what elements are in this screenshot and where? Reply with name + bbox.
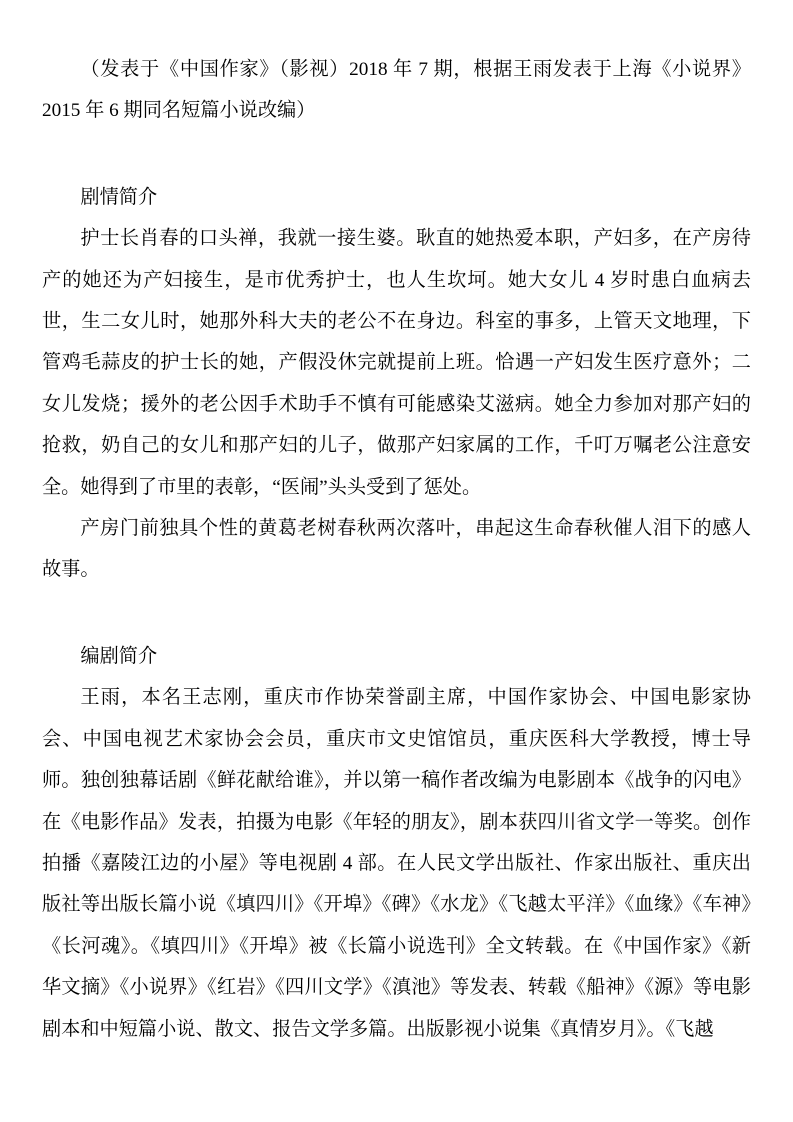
document-page: （发表于《中国作家》（影视）2018 年 7 期，根据王雨发表于上海《小说界》2…: [0, 0, 793, 1122]
publication-note: （发表于《中国作家》（影视）2018 年 7 期，根据王雨发表于上海《小说界》2…: [42, 49, 751, 132]
screenwriter-section-heading: 编剧简介: [42, 636, 751, 677]
section-gap: [42, 132, 751, 177]
synopsis-paragraph-1: 护士长肖春的口头禅，我就一接生婆。耿直的她热爱本职，产妇多，在产房待产的她还为产…: [42, 218, 751, 508]
screenwriter-bio-paragraph: 王雨，本名王志刚，重庆市作协荣誉副主席，中国作家协会、中国电影家协会、中国电视艺…: [42, 677, 751, 1050]
synopsis-paragraph-2: 产房门前独具个性的黄葛老树春秋两次落叶，串起这生命春秋催人泪下的感人故事。: [42, 508, 751, 591]
section-gap: [42, 591, 751, 636]
synopsis-section-heading: 剧情简介: [42, 177, 751, 218]
